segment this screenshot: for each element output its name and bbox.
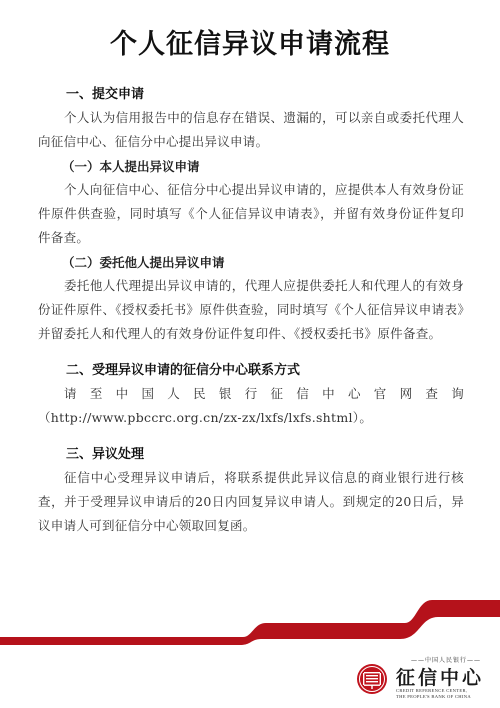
subsection-proxy-text: 委托他人代理提出异议申请的，代理人应提供委托人和代理人的有效身份证件原件、《授权…: [38, 274, 464, 346]
section-processing-text: 征信中心受理异议申请后，将联系提供此异议信息的商业银行进行核查，并于受理异议申请…: [38, 466, 464, 538]
section-heading-processing: 三、异议处理: [38, 444, 464, 466]
section-heading-contact: 二、受理异议申请的征信分中心联系方式: [38, 360, 464, 382]
section-contact-text: 请至中国人民银行征信中心官网查询（http://www.pbccrc.org.c…: [38, 382, 464, 430]
credit-reference-center-logo: ——中国人民银行—— 征信中心 CREDIT REFERENCE CENTER,…: [356, 655, 496, 705]
logo-name-en-1: CREDIT REFERENCE CENTER,: [396, 688, 496, 693]
logo-name-cn: 征信中心: [396, 663, 496, 690]
subsection-heading-self: （一）本人提出异议申请: [38, 156, 464, 178]
credit-center-seal-icon: [356, 663, 388, 695]
page-title: 个人征信异议申请流程: [0, 22, 500, 61]
subsection-self-text: 个人向征信中心、征信分中心提出异议申请的，应提供本人有效身份证件原件供查验，同时…: [38, 178, 464, 250]
subsection-heading-proxy: （二）委托他人提出异议申请: [38, 252, 464, 274]
document-body: 一、提交申请 个人认为信用报告中的信息存在错误、遗漏的，可以亲自或委托代理人向征…: [38, 84, 464, 538]
section-submit-intro: 个人认为信用报告中的信息存在错误、遗漏的，可以亲自或委托代理人向征信中心、征信分…: [38, 106, 464, 154]
logo-name-en-2: THE PEOPLE'S BANK OF CHINA: [396, 694, 496, 699]
red-wave-band: [0, 590, 500, 650]
section-heading-submit: 一、提交申请: [38, 84, 464, 106]
